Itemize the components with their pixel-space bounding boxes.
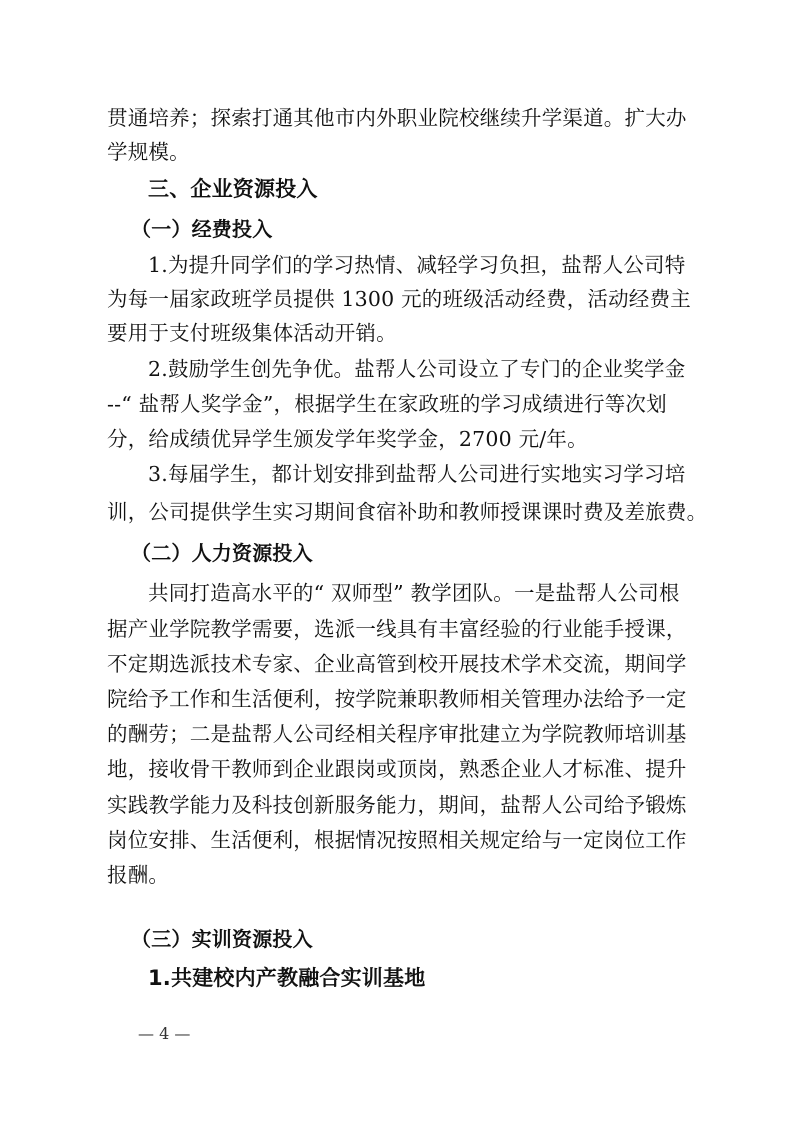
body-text-line: 1.为提升同学们的学习热情、减轻学习负担，盐帮人公司特 xyxy=(148,253,738,277)
subsection-heading: （三）实训资源投入 xyxy=(131,927,721,951)
body-text-line: 地，接收骨干教师到企业跟岗或顶岗，熟悉企业人才标准、提升 xyxy=(107,757,697,781)
body-text-line: 训，公司提供学生实习期间食宿补助和教师授课课时费及差旅费。 xyxy=(107,500,697,524)
subsection-heading: （二）人力资源投入 xyxy=(131,541,721,565)
body-text-line: 学规模。 xyxy=(107,140,697,164)
body-text-line: 2.鼓励学生创先争优。盐帮人公司设立了专门的企业奖学金 xyxy=(148,357,738,381)
body-text-line: 报酬。 xyxy=(107,863,697,887)
body-text-line: 据产业学院教学需要，选派一线具有丰富经验的行业能手授课， xyxy=(107,617,697,641)
document-page: 贯通培养；探索打通其他市内外职业院校继续升学渠道。扩大办 学规模。 三、企业资源… xyxy=(0,0,793,1122)
body-text-line: 3.每届学生，都计划安排到盐帮人公司进行实地实习学习培 xyxy=(148,462,738,486)
body-text-line: 贯通培养；探索打通其他市内外职业院校继续升学渠道。扩大办 xyxy=(107,106,697,130)
item-heading: 1.共建校内产教融合实训基地 xyxy=(148,966,738,990)
body-text-line: 分，给成绩优异学生颁发学年奖学金，2700 元/年。 xyxy=(107,427,697,451)
body-text-line: 实践教学能力及科技创新服务能力，期间，盐帮人公司给予锻炼 xyxy=(107,793,697,817)
body-text-line: 共同打造高水平的“ 双师型” 教学团队。一是盐帮人公司根 xyxy=(148,581,738,605)
body-text-line: 要用于支付班级集体活动开销。 xyxy=(107,321,697,345)
body-text-line: 为每一届家政班学员提供 1300 元的班级活动经费，活动经费主 xyxy=(107,287,697,311)
body-text-line: --“ 盐帮人奖学金”，根据学生在家政班的学习成绩进行等次划 xyxy=(107,392,697,416)
body-text-line: 岗位安排、生活便利，根据情况按照相关规定给与一定岗位工作 xyxy=(107,828,697,852)
subsection-heading: （一）经费投入 xyxy=(131,217,721,241)
body-text-line: 不定期选派技术专家、企业高管到校开展技术学术交流，期间学 xyxy=(107,652,697,676)
page-number: — 4 — xyxy=(138,1024,190,1043)
section-heading: 三、企业资源投入 xyxy=(148,177,738,201)
body-text-line: 的酬劳；二是盐帮人公司经相关程序审批建立为学院教师培训基 xyxy=(107,722,697,746)
body-text-line: 院给予工作和生活便利，按学院兼职教师相关管理办法给予一定 xyxy=(107,687,697,711)
